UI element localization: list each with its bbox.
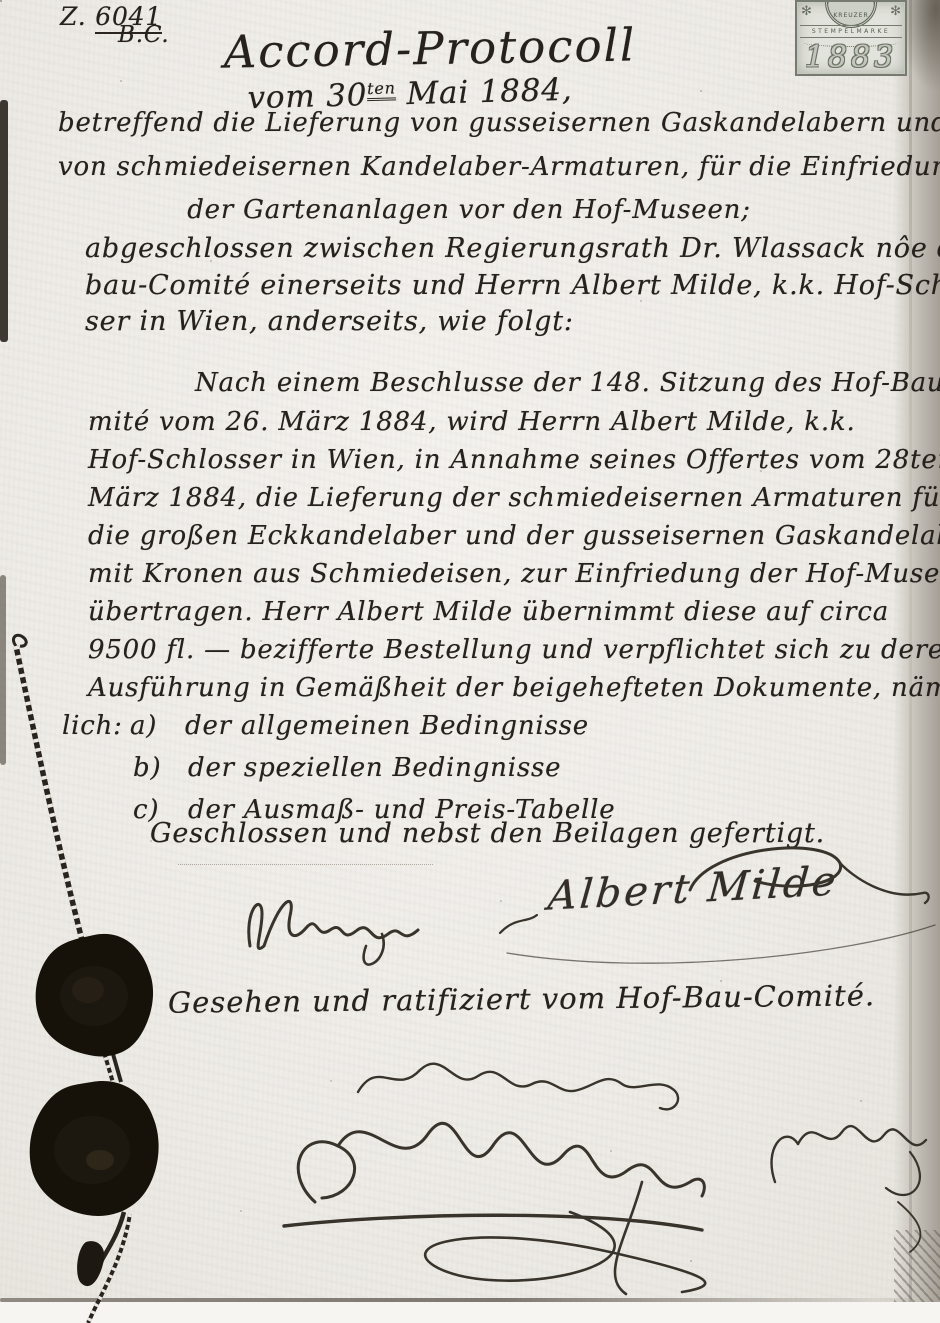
- wax-seal-lower: [30, 1081, 159, 1216]
- wax-seal-upper: [36, 934, 153, 1057]
- stamp-year: 1883: [797, 40, 905, 75]
- stamp-rosette-left-icon: ✻: [801, 4, 812, 19]
- signature-milde-flourish: [495, 835, 940, 970]
- revenue-stamp-1883: ✻ ✻ KREUZER STEMPELMARKE 1883: [795, 0, 907, 76]
- signature-dr-large: [284, 1123, 705, 1294]
- body-line: Hof-Schlosser in Wien, in Annahme seines…: [88, 445, 940, 475]
- paper-specks: [0, 0, 2, 2]
- list-item-text: der speziellen Bedingnisse: [188, 753, 561, 783]
- stamp-value-text: KREUZER: [828, 12, 874, 19]
- reference-prefix: Z.: [60, 2, 86, 31]
- signature-wlassack: [232, 868, 442, 983]
- stamp-band-label: STEMPELMARKE: [800, 25, 902, 38]
- body-line: übertragen. Herr Albert Milde übernimmt …: [88, 597, 889, 627]
- subject-line: der Gartenanlagen vor den Hof-Museen;: [58, 195, 880, 225]
- parties-line: ser in Wien, anderseits, wie folgt:: [85, 306, 574, 337]
- signature-paraphe-small: [358, 1064, 678, 1110]
- body-line: mité vom 26. März 1884, wird Herrn Alber…: [88, 407, 856, 437]
- body-line: mit Kronen aus Schmiedeisen, zur Einfrie…: [88, 559, 940, 589]
- cord-frayed-end: [77, 1241, 104, 1286]
- stamp-rosette-right-icon: ✻: [890, 4, 901, 19]
- document-title: Accord-Protocoll: [190, 18, 671, 79]
- subject-line: betreffend die Lieferung von gusseiserne…: [58, 108, 880, 138]
- signature-committee-right: [772, 1126, 926, 1252]
- date-ordinal-superscript: ten: [367, 78, 396, 101]
- scan-left-edge-mark-upper: [0, 100, 8, 342]
- body-line: die großen Eckkandelaber und der gusseis…: [88, 521, 940, 551]
- list-item-text: der allgemeinen Bedingnisse: [185, 711, 589, 741]
- committee-signatures: [270, 1040, 940, 1298]
- seal-cord-assembly: [0, 630, 225, 1323]
- ratification-line: Gesehen und ratifiziert vom Hof-Bau-Comi…: [168, 978, 875, 1019]
- parties-line: bau-Comité einerseits und Herrn Albert M…: [85, 270, 940, 301]
- scanned-document-page: ✻ ✻ KREUZER STEMPELMARKE 1883 Z. 6041 B.…: [0, 0, 940, 1323]
- body-line: März 1884, die Lieferung der schmiedeise…: [88, 483, 940, 513]
- reference-office: B.C.: [118, 22, 170, 48]
- body-line: Nach einem Beschlusse der 148. Sitzung d…: [195, 368, 940, 398]
- date-suffix: Mai 1884,: [395, 72, 572, 113]
- subject-line: von schmiedeisernen Kandelaber-Armaturen…: [58, 152, 880, 182]
- stamp-emblem-circle: KREUZER: [825, 0, 877, 28]
- parties-line: abgeschlossen zwischen Regierungsrath Dr…: [85, 233, 940, 264]
